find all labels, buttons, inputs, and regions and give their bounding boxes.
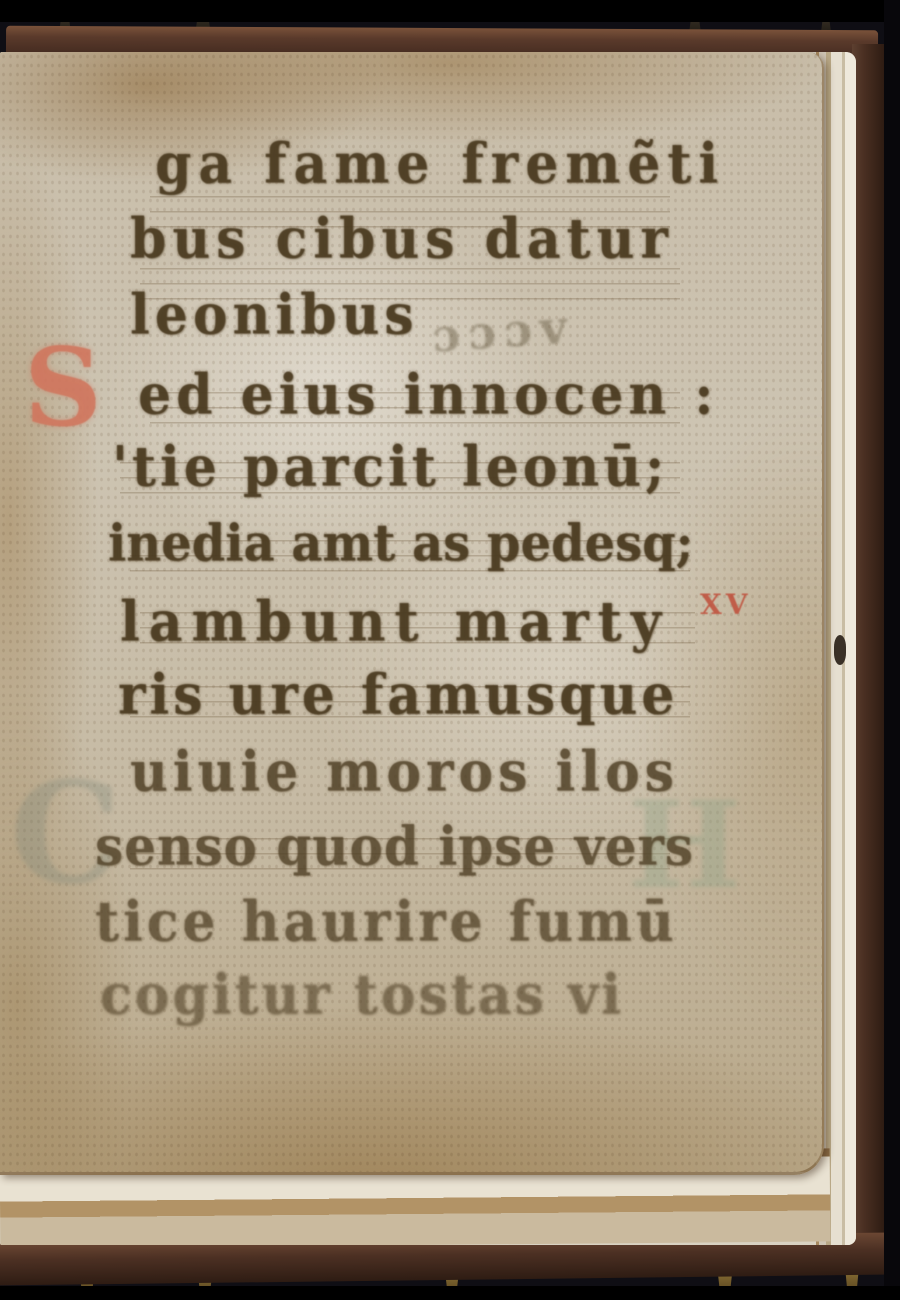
manuscript-text-line: bus cibus datur bbox=[130, 212, 674, 267]
manuscript-text-line: 'tie parcit leonū; bbox=[112, 440, 668, 495]
black-frame-top bbox=[0, 0, 900, 22]
manuscript-text-line: cogitur tostas vi bbox=[100, 968, 624, 1023]
manuscript-text-line: ga fame fremẽti bbox=[155, 137, 725, 192]
manuscript-text-line: senso quod ipse vers bbox=[95, 820, 694, 873]
manuscript-page: S C H XV ɔɔɔv ga fame fremẽti bus cibus … bbox=[0, 52, 856, 1245]
dark-background-right bbox=[884, 0, 900, 1300]
folio-number-xv: XV bbox=[700, 588, 751, 621]
red-initial-S: S bbox=[24, 334, 102, 442]
manuscript-text-line: tice haurire fumū bbox=[95, 895, 678, 950]
binding-board-right-edge bbox=[852, 44, 886, 1256]
parchment-leaf: S C H XV ɔɔɔv ga fame fremẽti bus cibus … bbox=[0, 52, 824, 1175]
black-frame-bottom bbox=[0, 1286, 900, 1300]
manuscript-text-line: uiuie moros ilos bbox=[130, 745, 679, 800]
manuscript-text-line: inedia amt as pedesq; bbox=[108, 518, 693, 569]
faded-marginal-scribble: ɔɔɔv bbox=[430, 299, 576, 363]
manuscript-text-line: lambunt marty bbox=[120, 595, 670, 650]
page-edge-notch bbox=[834, 635, 846, 665]
manuscript-text-line: ris ure famusque bbox=[118, 668, 678, 723]
photograph-of-manuscript: S C H XV ɔɔɔv ga fame fremẽti bus cibus … bbox=[0, 0, 900, 1300]
manuscript-text-line: ed eius innocen : bbox=[138, 368, 718, 423]
manuscript-text-line: leonibus bbox=[130, 288, 419, 343]
